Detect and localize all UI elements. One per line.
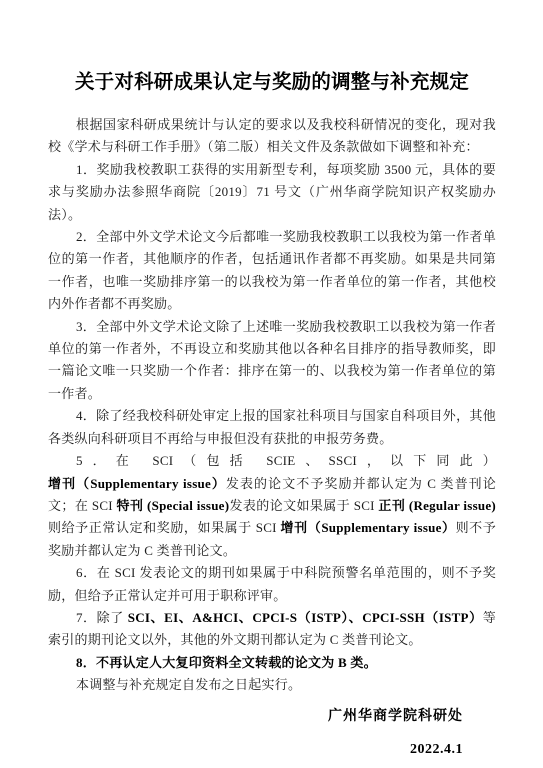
emphasis-text: 正刊 (Regular issue) — [378, 498, 496, 513]
body-text: 3．全部中外文学术论文除了上述唯一奖励我校教职工以我校为第一作者单位的第一作者外… — [48, 319, 496, 401]
item-7: 7．除了 SCI、EI、A&HCI、CPCI-S（ISTP）、CPCI-SSH（… — [48, 607, 496, 652]
item-3: 3．全部中外文学术论文除了上述唯一奖励我校教职工以我校为第一作者单位的第一作者外… — [48, 316, 496, 406]
document-title: 关于对科研成果认定与奖励的调整与补充规定 — [48, 70, 496, 93]
emphasis-text: 8．不再认定人大复印资料全文转载的论文为 B 类。 — [76, 655, 377, 670]
body-text: 7．除了 — [76, 610, 128, 625]
body-text: 发表的论文如果属于 SCI — [229, 498, 378, 513]
item-4: 4．除了经我校科研处审定上报的国家社科项目与国家自科项目外，其他各类纵向科研项目… — [48, 405, 496, 450]
document-body: 根据国家科研成果统计与认定的要求以及我校科研情况的变化，现对我校《学术与科研工作… — [48, 114, 496, 697]
item-6: 6．在 SCI 发表论文的期刊如果属于中科院预警名单范围的，则不予奖励，但给予正… — [48, 562, 496, 607]
date-line: 2022.4.1 — [48, 739, 496, 761]
body-text: 6．在 SCI 发表论文的期刊如果属于中科院预警名单范围的，则不予奖励，但给予正… — [48, 565, 496, 602]
body-text: 5．在 SCI（包括 SCIE、SSCI，以下同此） — [76, 453, 496, 468]
emphasis-text: 增刊（Supplementary issue） — [281, 520, 456, 535]
body-text: 本调整与补充规定自发布之日起实行。 — [76, 677, 301, 692]
body-text: 4．除了经我校科研处审定上报的国家社科项目与国家自科项目外，其他各类纵向科研项目… — [48, 408, 496, 445]
body-text: 2．全部中外文学术论文今后都唯一奖励我校教职工以我校为第一作者单位的第一作者，其… — [48, 229, 496, 311]
emphasis-text: 增刊（Supplementary issue） — [48, 476, 226, 491]
intro-paragraph: 根据国家科研成果统计与认定的要求以及我校科研情况的变化，现对我校《学术与科研工作… — [48, 114, 496, 159]
item-2: 2．全部中外文学术论文今后都唯一奖励我校教职工以我校为第一作者单位的第一作者，其… — [48, 226, 496, 316]
item-8: 8．不再认定人大复印资料全文转载的论文为 B 类。 — [48, 652, 496, 674]
body-text: 根据国家科研成果统计与认定的要求以及我校科研情况的变化，现对我校《学术与科研工作… — [48, 117, 496, 154]
item-1: 1．奖励我校教职工获得的实用新型专利，每项奖励 3500 元，具体的要求与奖励办… — [48, 159, 496, 226]
body-text: 则给予正常认定和奖励，如果属于 SCI — [48, 520, 281, 535]
emphasis-text: 特刊 (Special issue) — [117, 498, 230, 513]
closing-paragraph: 本调整与补充规定自发布之日起实行。 — [48, 674, 496, 696]
emphasis-text: SCI、EI、A&HCI、CPCI-S（ISTP）、CPCI-SSH（ISTP） — [128, 610, 483, 625]
body-text: 1．奖励我校教职工获得的实用新型专利，每项奖励 3500 元，具体的要求与奖励办… — [48, 162, 496, 222]
signature-line: 广州华商学院科研处 — [48, 706, 496, 728]
item-5: 5．在 SCI（包括 SCIE、SSCI，以下同此）增刊（Supplementa… — [48, 450, 496, 562]
document-page: 关于对科研成果认定与奖励的调整与补充规定 根据国家科研成果统计与认定的要求以及我… — [0, 0, 543, 768]
